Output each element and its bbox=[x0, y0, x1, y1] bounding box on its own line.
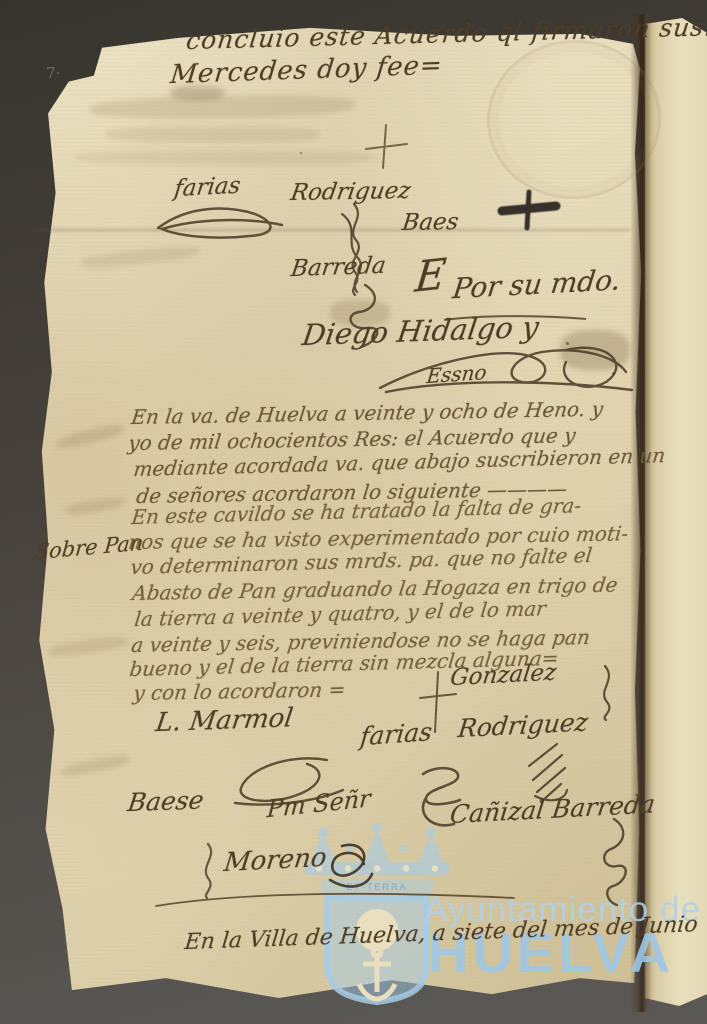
ink-cross-mark bbox=[360, 120, 410, 175]
archive-photo-scene: ET·TERRA Ayuntamiento de HUELVA 7· concl… bbox=[0, 0, 707, 1024]
bleedthrough-stain bbox=[75, 150, 375, 165]
signature-marmol: L. Marmol bbox=[154, 703, 295, 738]
signature-farias-bottom: farias bbox=[359, 717, 434, 751]
rubric-flourish bbox=[188, 840, 224, 902]
scribe-abbrev: Essno bbox=[425, 360, 487, 388]
signature-barreda-top: Barreda bbox=[289, 253, 387, 282]
rubric-flourish bbox=[585, 662, 627, 724]
signature-e-flourish: E bbox=[413, 249, 449, 302]
signature-baes: Baes bbox=[401, 209, 460, 236]
bleedthrough-stain bbox=[105, 126, 320, 143]
ink-cross-smudge bbox=[498, 188, 560, 232]
rubric-flourish bbox=[150, 196, 290, 246]
acuerdo-line: y con lo acordaron = bbox=[132, 677, 347, 705]
folio-number: 7· bbox=[46, 64, 60, 82]
paper-speck bbox=[300, 152, 302, 154]
signature-baese: Baese bbox=[126, 785, 206, 817]
rubric-flourish bbox=[588, 814, 640, 910]
adjacent-folio-edge bbox=[645, 18, 707, 1010]
